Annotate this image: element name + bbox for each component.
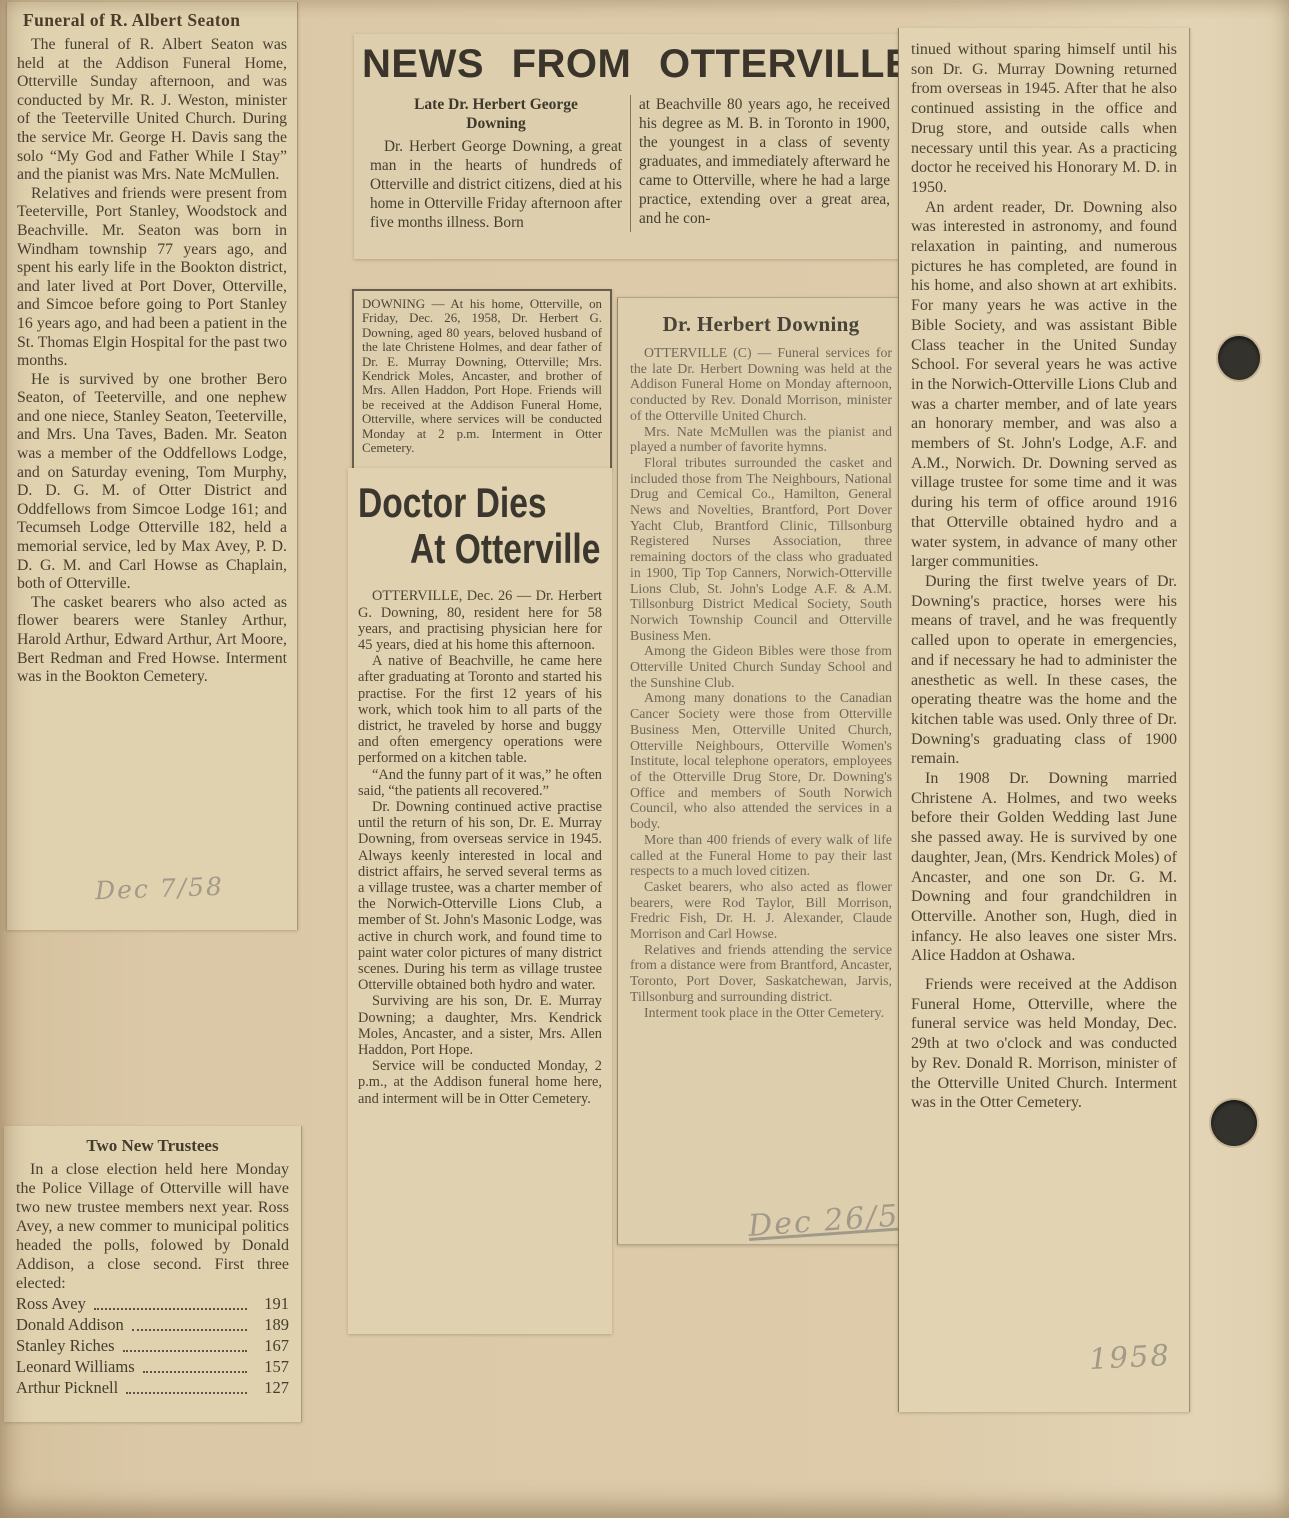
news-column-2: at Beachville 80 years ago, he received … xyxy=(630,95,898,232)
doctor-dies-clipping: Doctor Dies At Otterville OTTERVILLE, De… xyxy=(348,468,612,1334)
herbert-article-title: Dr. Herbert Downing xyxy=(630,312,892,337)
doctor-dies-headline-line2: At Otterville xyxy=(410,526,564,572)
right-continuation-column-clipping: tinued without sparing himself until his… xyxy=(898,28,1190,1412)
candidate-name: Donald Addison xyxy=(16,1314,124,1335)
seaton-article-title: Funeral of R. Albert Seaton xyxy=(23,10,287,31)
dotted-leader xyxy=(143,1371,247,1373)
election-result-row: Leonard Williams 157 xyxy=(16,1356,289,1377)
dotted-leader xyxy=(123,1350,247,1352)
doctor-dies-paragraph: OTTERVILLE, Dec. 26 — Dr. Herbert G. Dow… xyxy=(358,588,602,653)
vote-count: 191 xyxy=(255,1293,289,1314)
scrapbook-page: Funeral of R. Albert Seaton The funeral … xyxy=(0,0,1289,1518)
punch-hole xyxy=(1211,1100,1257,1146)
seaton-funeral-clipping: Funeral of R. Albert Seaton The funeral … xyxy=(6,2,298,930)
seaton-paragraph: The funeral of R. Albert Seaton was held… xyxy=(17,36,287,185)
dotted-leader xyxy=(132,1329,247,1331)
candidate-name: Ross Avey xyxy=(16,1293,86,1314)
punch-hole xyxy=(1218,336,1260,380)
candidate-name: Leonard Williams xyxy=(16,1356,135,1377)
doctor-dies-paragraph: “And the funny part of it was,” he often… xyxy=(358,767,602,799)
herbert-paragraph: More than 400 friends of every walk of l… xyxy=(630,832,892,879)
herbert-paragraph: Floral tributes surrounded the casket an… xyxy=(630,455,892,643)
dotted-leader xyxy=(126,1392,247,1394)
doctor-dies-paragraph: A native of Beachville, he came here aft… xyxy=(358,653,602,766)
news-from-otterville-clipping: NEWS FROM OTTERVILLE Late Dr. Herbert Ge… xyxy=(354,34,906,259)
trustees-intro-text: In a close election held here Monday the… xyxy=(16,1160,289,1293)
herbert-paragraph: Among the Gideon Bibles were those from … xyxy=(630,643,892,690)
right-column-paragraph: In 1908 Dr. Downing married Christene A.… xyxy=(911,769,1177,966)
downing-death-notice-clipping: DOWNING — At his home, Otterville, on Fr… xyxy=(352,289,612,470)
herbert-paragraph: Casket bearers, who also acted as flower… xyxy=(630,879,892,942)
vote-count: 127 xyxy=(255,1377,289,1398)
vote-count: 189 xyxy=(255,1314,289,1335)
herbert-paragraph: Mrs. Nate McMullen was the pianist and p… xyxy=(630,424,892,455)
doctor-dies-paragraph: Surviving are his son, Dr. E. Murray Dow… xyxy=(358,993,602,1058)
herbert-paragraph: Relatives and friends attending the serv… xyxy=(630,942,892,1005)
news-columns: Late Dr. Herbert George Downing Dr. Herb… xyxy=(362,95,898,232)
election-result-row: Arthur Picknell 127 xyxy=(16,1377,289,1398)
vote-count: 157 xyxy=(255,1356,289,1377)
trustees-article-title: Two New Trustees xyxy=(16,1136,289,1156)
dotted-leader xyxy=(94,1308,247,1310)
right-column-paragraph: Friends were received at the Addison Fun… xyxy=(911,975,1177,1113)
news-column-1: Late Dr. Herbert George Downing Dr. Herb… xyxy=(362,95,630,232)
herbert-paragraph: OTTERVILLE (C) — Funeral services for th… xyxy=(630,345,892,424)
death-notice-text: DOWNING — At his home, Otterville, on Fr… xyxy=(362,297,602,455)
right-column-paragraph: During the first twelve years of Dr. Dow… xyxy=(911,572,1177,769)
herbert-paragraph: Interment took place in the Otter Cemete… xyxy=(630,1005,892,1021)
election-result-row: Stanley Riches 167 xyxy=(16,1335,289,1356)
seaton-paragraph: He is survived by one brother Bero Seato… xyxy=(17,371,287,594)
vote-count: 167 xyxy=(255,1335,289,1356)
herbert-downing-funeral-clipping: Dr. Herbert Downing OTTERVILLE (C) — Fun… xyxy=(617,297,905,1245)
news-column2-text: at Beachville 80 years ago, he received … xyxy=(639,95,890,228)
handwritten-year-annotation: 1958 xyxy=(1088,1338,1171,1376)
two-new-trustees-clipping: Two New Trustees In a close election hel… xyxy=(4,1126,302,1422)
doctor-dies-paragraph: Service will be conducted Monday, 2 p.m.… xyxy=(358,1058,602,1107)
doctor-dies-paragraph: Dr. Downing continued active practise un… xyxy=(358,799,602,993)
handwritten-date-annotation: Dec 7/58 xyxy=(95,872,225,905)
right-column-paragraph: An ardent reader, Dr. Downing also was i… xyxy=(911,198,1177,572)
seaton-paragraph: The casket bearers who also acted as flo… xyxy=(17,594,287,687)
seaton-paragraph: Relatives and friends were present from … xyxy=(17,185,287,371)
handwritten-date-annotation: Dec 26/58 xyxy=(747,1197,922,1244)
news-headline: NEWS FROM OTTERVILLE xyxy=(362,42,898,87)
candidate-name: Arthur Picknell xyxy=(16,1377,118,1398)
election-result-row: Donald Addison 189 xyxy=(16,1314,289,1335)
news-column1-text: Dr. Herbert George Downing, a great man … xyxy=(370,137,622,232)
doctor-dies-headline-line1: Doctor Dies xyxy=(358,480,553,526)
candidate-name: Stanley Riches xyxy=(16,1335,115,1356)
herbert-paragraph: Among many donations to the Canadian Can… xyxy=(630,690,892,831)
news-subhead: Late Dr. Herbert George Downing xyxy=(396,95,596,133)
right-column-paragraph: tinued without sparing himself until his… xyxy=(911,40,1177,198)
election-result-row: Ross Avey 191 xyxy=(16,1293,289,1314)
